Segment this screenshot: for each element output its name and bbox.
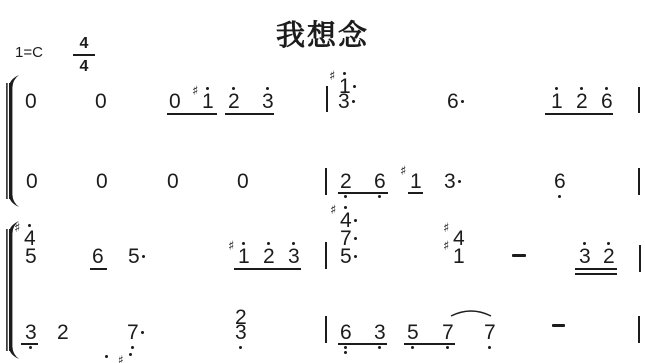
bracket-thick-bar: [9, 229, 12, 351]
octave-dot-above: [580, 87, 583, 90]
beam-underline: [225, 113, 274, 115]
note-digit: 2: [603, 246, 615, 267]
note-digit: 5: [128, 246, 140, 267]
score-page: 我想念 1=C 4 4 0001♯231♯361260000261♯364♯56…: [0, 0, 645, 363]
rest-note: 0: [26, 171, 38, 192]
note: 1♯: [238, 246, 250, 267]
beam-underline: [408, 192, 423, 194]
note: 3: [374, 322, 386, 343]
beam-underline: [234, 268, 301, 270]
note-digit: 0: [25, 91, 37, 112]
note-digit: 5: [25, 246, 37, 267]
note: 3: [262, 91, 274, 112]
note-digit: 3: [25, 322, 37, 343]
note: 6: [92, 246, 104, 267]
note-digit: 1: [410, 171, 422, 192]
barline: [325, 316, 327, 343]
system-bracket: [7, 75, 19, 207]
augmentation-dot: [142, 255, 145, 258]
rest-note: 0: [167, 171, 179, 192]
sharp-accidental: ♯: [329, 70, 335, 83]
note: 6: [374, 171, 386, 192]
sharp-accidental: ♯: [443, 240, 449, 253]
note-digit: 0: [96, 171, 108, 192]
octave-dot-above: [28, 224, 31, 227]
note: 5: [340, 246, 352, 267]
note: 6: [601, 91, 613, 112]
octave-dot-below: [558, 195, 561, 198]
augmentation-dot: [354, 237, 357, 240]
note-digit: 1: [453, 246, 465, 267]
note: 1♯: [453, 246, 465, 267]
partial-sharp-accidental: ♯: [118, 354, 124, 363]
rest-note: 0: [96, 171, 108, 192]
augmentation-dot: [461, 100, 464, 103]
sharp-accidental: ♯: [400, 165, 406, 178]
rest-note: 0: [237, 171, 249, 192]
octave-dot-above: [242, 242, 245, 245]
octave-dot-below: [488, 346, 491, 349]
note: 5: [25, 246, 37, 267]
note-digit: 5: [407, 322, 419, 343]
note-digit: 3: [579, 246, 591, 267]
note-digit: 6: [92, 246, 104, 267]
octave-dot-above: [583, 242, 586, 245]
note: 3: [579, 246, 591, 267]
note: 5: [128, 246, 140, 267]
octave-dot-below: [344, 195, 347, 198]
note-digit: 0: [26, 171, 38, 192]
beam-underline: [90, 268, 107, 270]
note: 5: [407, 322, 419, 343]
note-digit: 2: [576, 91, 588, 112]
rest-note: 0: [25, 91, 37, 112]
octave-dot-above: [605, 87, 608, 90]
note: 7: [442, 322, 454, 343]
note: 3: [235, 322, 247, 343]
tie-arc: [451, 311, 491, 316]
note-digit: 7: [127, 322, 139, 343]
beam-underline: [338, 192, 388, 194]
bracket-bottom-hook: [9, 195, 19, 207]
sharp-accidental: ♯: [330, 204, 336, 217]
barline: [638, 87, 640, 113]
barline: [638, 168, 640, 195]
note: 2: [228, 91, 240, 112]
note-digit: 7: [442, 322, 454, 343]
octave-dot-above: [232, 87, 235, 90]
octave-dot-below: [446, 346, 449, 349]
note: 7: [127, 322, 139, 343]
note-digit: 3: [235, 322, 247, 343]
octave-dot-below: [344, 346, 347, 349]
octave-dot-below: [378, 195, 381, 198]
note: 7: [484, 322, 496, 343]
octave-dot-above: [555, 87, 558, 90]
note-digit: 2: [57, 322, 69, 343]
augmentation-dot: [352, 100, 355, 103]
note: 2: [576, 91, 588, 112]
barline: [325, 242, 327, 269]
partial-octave-dot: [129, 353, 132, 356]
octave-dot-above: [292, 242, 295, 245]
note-digit: 2: [340, 171, 352, 192]
augmentation-dot: [354, 255, 357, 258]
octave-dot-below: [239, 346, 242, 349]
note: 6: [554, 171, 566, 192]
sharp-accidental: ♯: [228, 240, 234, 253]
barline: [325, 168, 327, 195]
beam-underline: [545, 113, 613, 115]
system-bracket: [7, 221, 19, 359]
note: 3: [338, 91, 350, 112]
octave-dot-below: [411, 346, 414, 349]
sharp-accidental: ♯: [443, 222, 449, 235]
note: 2: [603, 246, 615, 267]
note-digit: 6: [447, 91, 459, 112]
partial-octave-dot: [105, 355, 108, 358]
note-digit: 2: [228, 91, 240, 112]
note-digit: 3: [374, 322, 386, 343]
dash-note: [552, 324, 565, 327]
note-digit: 6: [554, 171, 566, 192]
barline: [639, 245, 641, 272]
note-digit: 1: [551, 91, 563, 112]
note-digit: 3: [288, 246, 300, 267]
note: 1♯: [410, 171, 422, 192]
octave-dot-below: [344, 351, 347, 354]
barline: [638, 316, 640, 343]
octave-dot-above: [266, 87, 269, 90]
note-digit: 6: [601, 91, 613, 112]
note: 3: [25, 322, 37, 343]
octave-dot-below: [378, 346, 381, 349]
octave-dot-above: [343, 72, 346, 75]
note-digit: 2: [263, 246, 275, 267]
note: 2: [57, 322, 69, 343]
octave-dot-above: [344, 206, 347, 209]
note-digit: 3: [262, 91, 274, 112]
sharp-accidental: ♯: [14, 222, 20, 235]
note-digit: 5: [340, 246, 352, 267]
rest-note: 0: [95, 91, 107, 112]
octave-dot-above: [267, 242, 270, 245]
augmentation-dot: [354, 219, 357, 222]
beam-underline: [575, 268, 617, 270]
note: 2: [340, 171, 352, 192]
beam-underline: [338, 343, 387, 345]
octave-dot-above: [206, 87, 209, 90]
note-digit: 0: [169, 91, 181, 112]
octave-dot-above: [607, 242, 610, 245]
octave-dot-below: [29, 346, 32, 349]
time-signature-denominator: 4: [71, 57, 97, 76]
bracket-thick-bar: [9, 83, 12, 199]
note: 1♯: [202, 91, 214, 112]
note-digit: 3: [338, 91, 350, 112]
beam-underline: [21, 343, 38, 345]
time-signature: 4 4: [71, 34, 97, 76]
note-digit: 7: [484, 322, 496, 343]
beam-underline: [167, 113, 217, 115]
bracket-bottom-hook: [9, 347, 19, 359]
note-digit: 3: [444, 171, 456, 192]
augmentation-dot: [141, 331, 144, 334]
note-digit: 6: [374, 171, 386, 192]
note: 6: [340, 322, 352, 343]
note-digit: 0: [167, 171, 179, 192]
note: 3: [444, 171, 456, 192]
octave-dot-below: [131, 346, 134, 349]
note-digit: 1: [202, 91, 214, 112]
beam-underline: [575, 273, 617, 275]
note-digit: 0: [237, 171, 249, 192]
time-signature-bar: [73, 54, 95, 56]
rest-note: 0: [169, 91, 181, 112]
note-digit: 1: [238, 246, 250, 267]
note: 6: [447, 91, 459, 112]
note: 2: [263, 246, 275, 267]
sharp-accidental: ♯: [192, 85, 198, 98]
note: 1: [551, 91, 563, 112]
key-signature: 1=C: [15, 44, 43, 61]
dash-note: [512, 254, 526, 257]
note-digit: 0: [95, 91, 107, 112]
note: 3: [288, 246, 300, 267]
bracket-top-hook: [9, 75, 19, 87]
time-signature-numerator: 4: [71, 34, 97, 53]
barline: [326, 86, 328, 112]
augmentation-dot: [353, 85, 356, 88]
augmentation-dot: [458, 180, 461, 183]
note-digit: 6: [340, 322, 352, 343]
beam-underline: [404, 343, 455, 345]
